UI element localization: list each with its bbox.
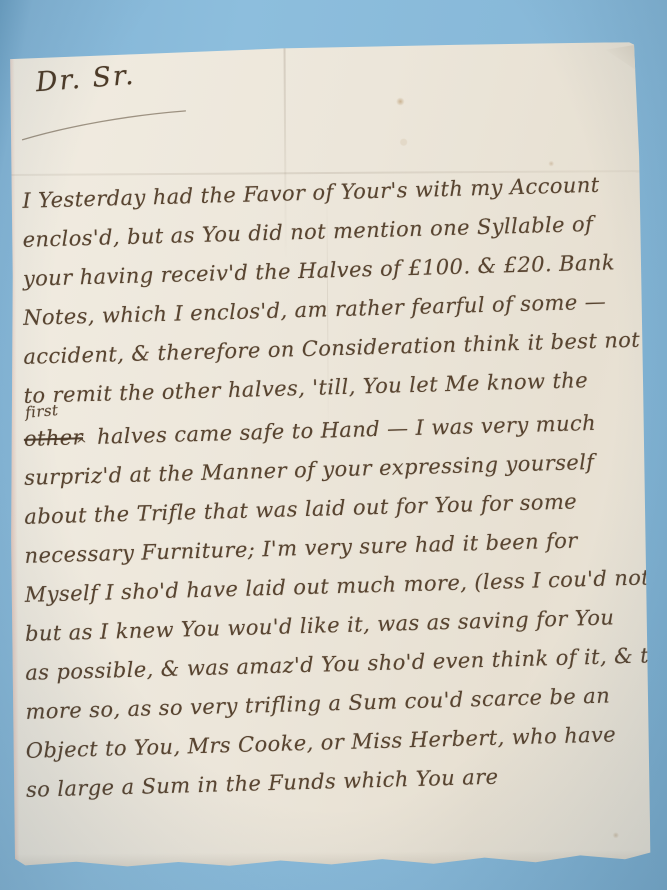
folded-corner <box>605 44 639 74</box>
struck-through-word: other <box>24 425 84 451</box>
letter-photo: Dr. Sr. I Yesterday had the Favor of You… <box>0 0 667 890</box>
letter-paper: Dr. Sr. I Yesterday had the Favor of You… <box>7 42 650 868</box>
salutation: Dr. Sr. <box>35 60 137 98</box>
letter-body: I Yesterday had the Favor of Your's with… <box>22 178 640 810</box>
foxing-spot <box>548 161 554 167</box>
foxing-spot <box>396 98 405 106</box>
caret-mark: ^ <box>76 440 88 450</box>
inserted-word: first <box>25 403 59 420</box>
line-text: halves came safe to Hand — I was very mu… <box>97 411 597 449</box>
foxing-spot <box>612 832 619 838</box>
salutation-flourish <box>20 103 190 144</box>
